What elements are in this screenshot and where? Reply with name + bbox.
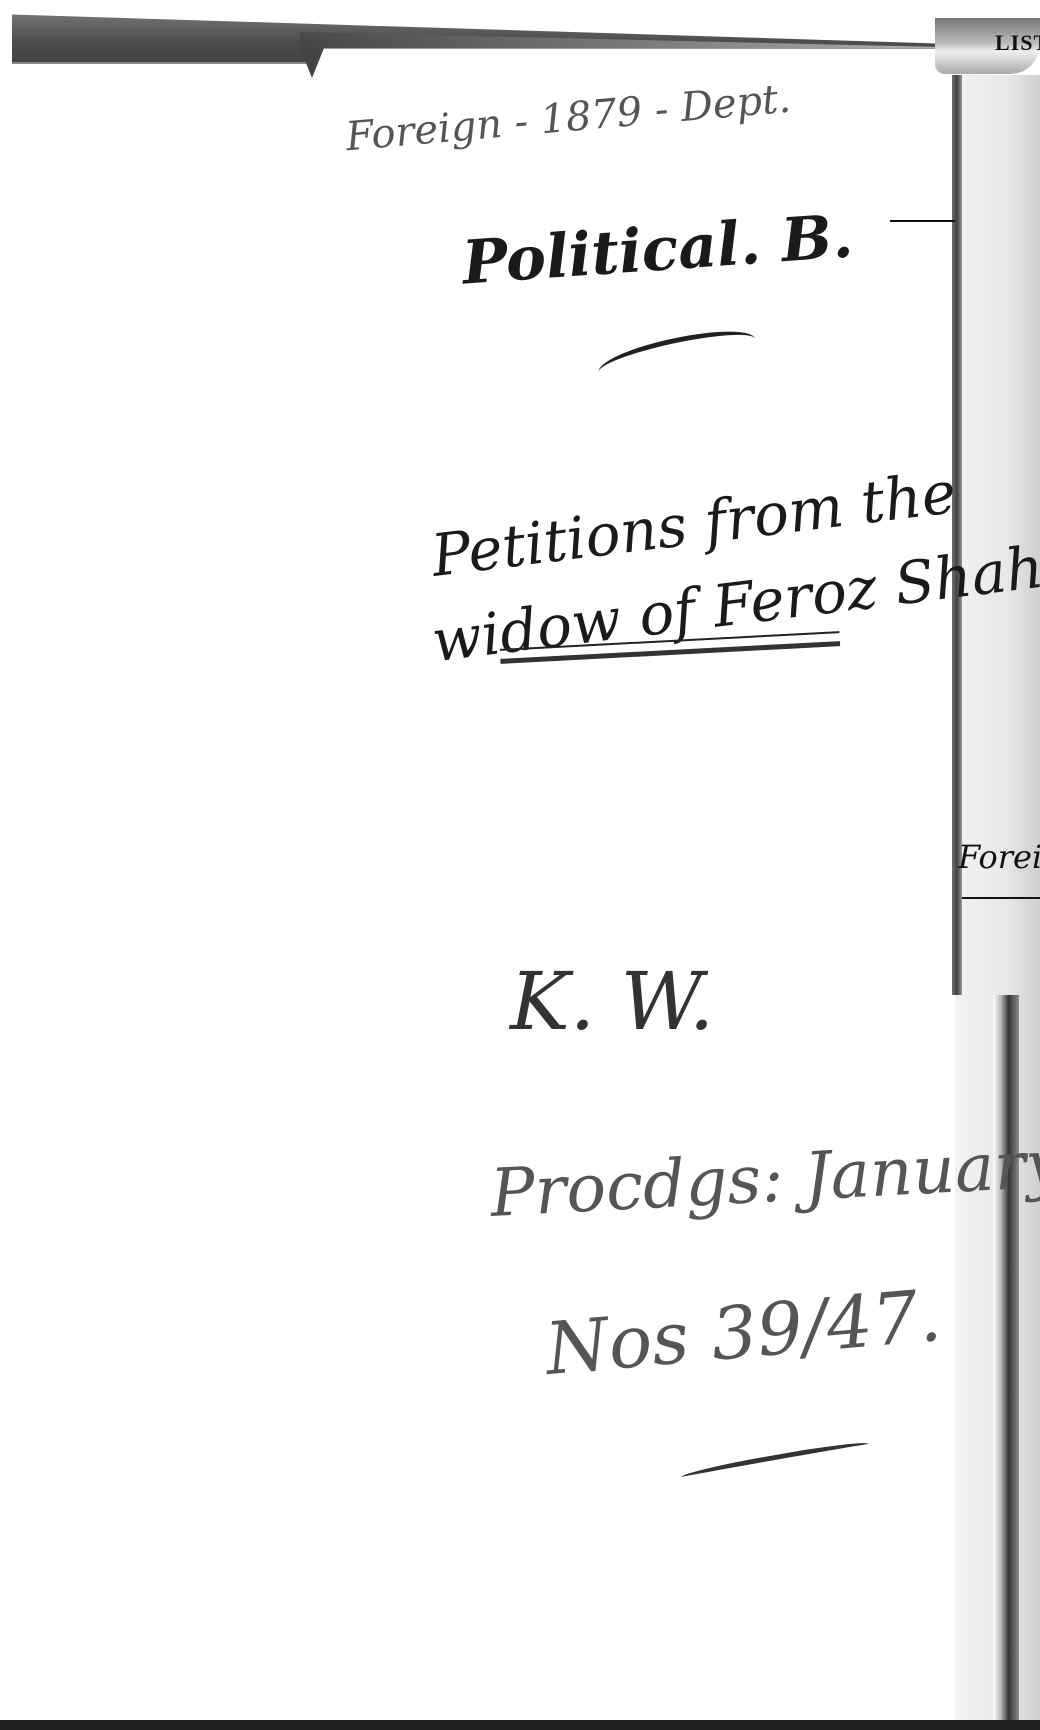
torn-right-edge-lower [993, 995, 1019, 1730]
strip-foreign-text: Foreign [958, 838, 1040, 876]
bottom-shadow-band [0, 1720, 1040, 1730]
department-flourish [595, 322, 759, 390]
department-line: Political. B. [460, 201, 855, 298]
header-line: Foreign - 1879 - Dept. [344, 76, 793, 161]
numbers-line: Nos 39/47. [542, 1273, 944, 1391]
list-label: LIST [995, 30, 1040, 56]
left-page-sheet [12, 62, 308, 1724]
strip-rule-top [890, 220, 955, 222]
numbers-underline [680, 1439, 869, 1483]
page-notch [300, 48, 324, 78]
cover-flap-edge [308, 48, 938, 69]
kw-mark: K. W. [510, 955, 714, 1048]
strip-rule-foreign [962, 897, 1040, 899]
